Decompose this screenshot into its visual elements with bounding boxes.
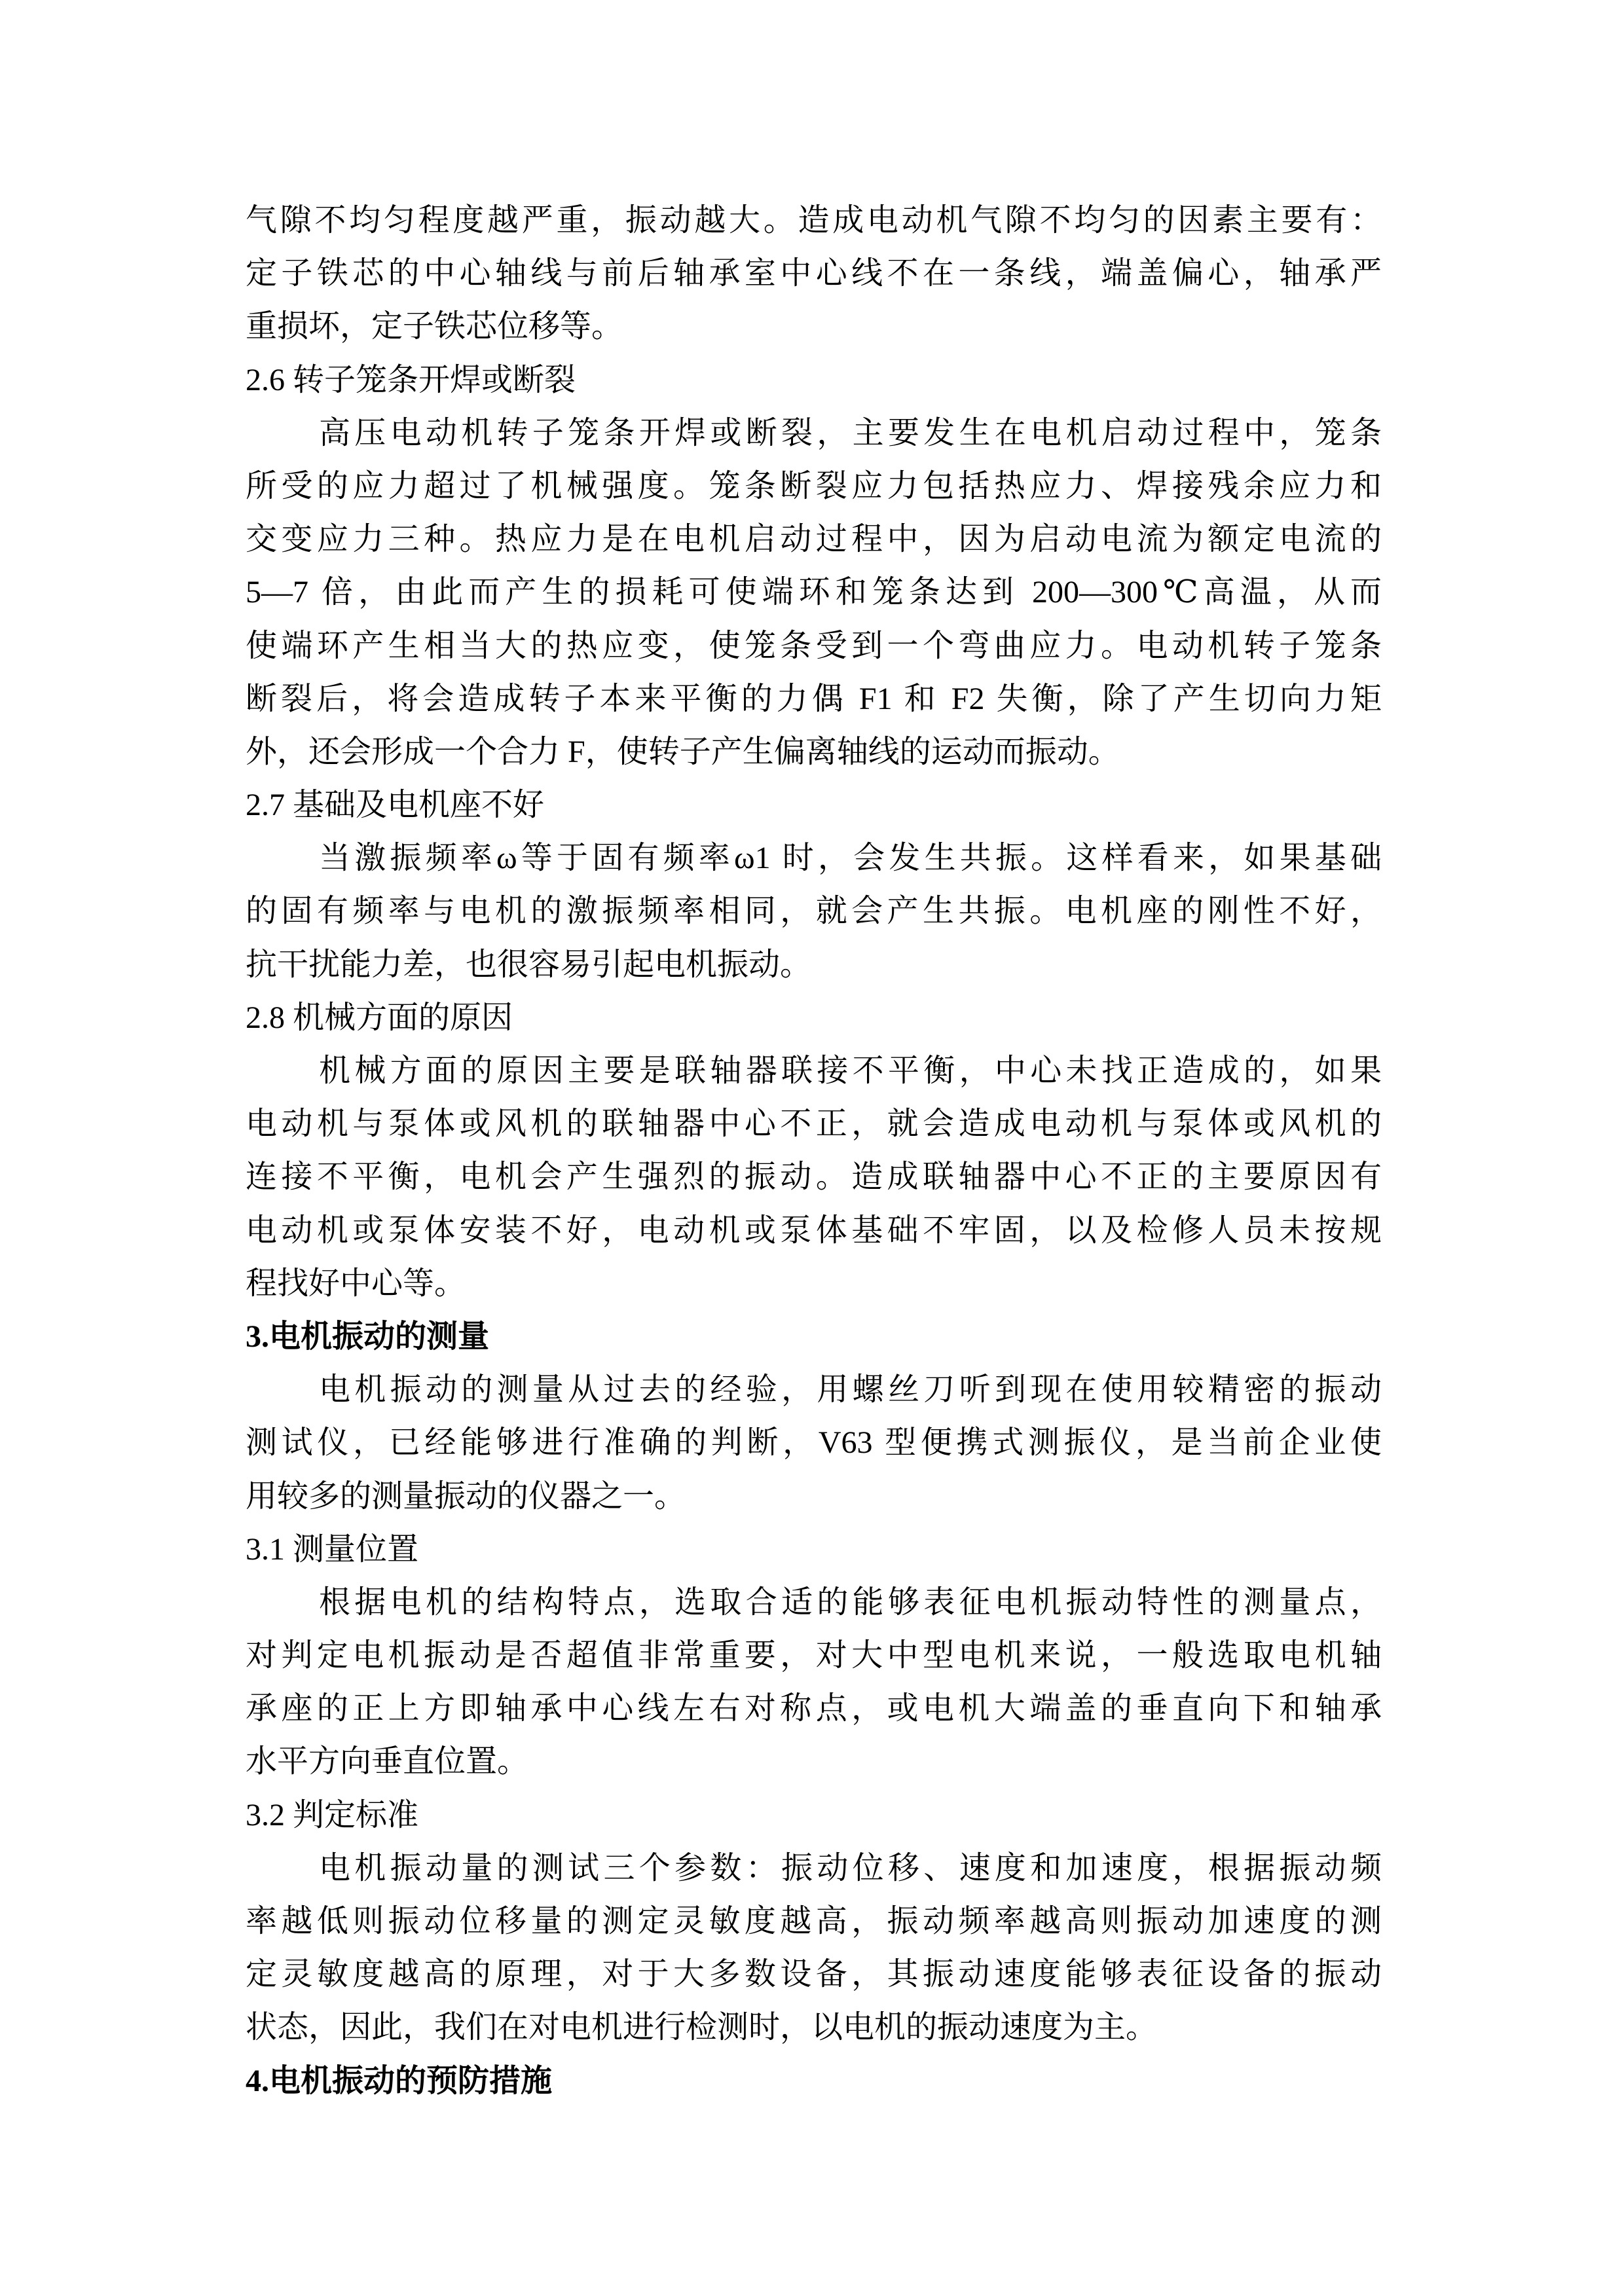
text-line: 连接不平衡，电机会产生强烈的振动。造成联轴器中心不正的主要原因有	[246, 1150, 1382, 1203]
section-heading: 3.2 判定标准	[246, 1789, 1382, 1842]
text-line: 电机振动的测量从过去的经验，用螺丝刀听到现在使用较精密的振动	[246, 1363, 1382, 1416]
text-line: 对判定电机振动是否超值非常重要，对大中型电机来说，一般选取电机轴	[246, 1629, 1382, 1682]
text-line: 所受的应力超过了机械强度。笼条断裂应力包括热应力、焊接残余应力和	[246, 460, 1382, 513]
text-line: 根据电机的结构特点，选取合适的能够表征电机振动特性的测量点，	[246, 1576, 1382, 1629]
text-line: 外，还会形成一个合力 F，使转子产生偏离轴线的运动而振动。	[246, 725, 1382, 778]
text-block: 气隙不均匀程度越严重，振动越大。造成电动机气隙不均匀的因素主要有： 定子铁芯的中…	[246, 194, 1382, 2107]
text-line: 电机振动量的测试三个参数：振动位移、速度和加速度，根据振动频	[246, 1842, 1382, 1895]
text-line: 交变应力三种。热应力是在电机启动过程中，因为启动电流为额定电流的	[246, 513, 1382, 566]
text-line: 定子铁芯的中心轴线与前后轴承室中心线不在一条线，端盖偏心，轴承严	[246, 247, 1382, 300]
text-line: 使端环产生相当大的热应变，使笼条受到一个弯曲应力。电动机转子笼条	[246, 619, 1382, 672]
text-line: 重损坏，定子铁芯位移等。	[246, 300, 1382, 353]
text-line: 率越低则振动位移量的测定灵敏度越高，振动频率越高则振动加速度的测	[246, 1895, 1382, 1948]
section-heading: 2.6 转子笼条开焊或断裂	[246, 354, 1382, 407]
text-line: 气隙不均匀程度越严重，振动越大。造成电动机气隙不均匀的因素主要有：	[246, 194, 1382, 247]
text-line: 定灵敏度越高的原理，对于大多数设备，其振动速度能够表征设备的振动	[246, 1948, 1382, 2001]
text-line: 高压电动机转子笼条开焊或断裂，主要发生在电机启动过程中，笼条	[246, 407, 1382, 460]
section-heading: 3.1 测量位置	[246, 1523, 1382, 1576]
text-line: 当激振频率ω等于固有频率ω1 时，会发生共振。这样看来，如果基础	[246, 831, 1382, 884]
text-line: 断裂后，将会造成转子本来平衡的力偶 F1 和 F2 失衡，除了产生切向力矩	[246, 672, 1382, 725]
text-line: 电动机与泵体或风机的联轴器中心不正，就会造成电动机与泵体或风机的	[246, 1097, 1382, 1150]
text-line: 的固有频率与电机的激振频率相同，就会产生共振。电机座的刚性不好，	[246, 884, 1382, 938]
text-line: 机械方面的原因主要是联轴器联接不平衡，中心未找正造成的，如果	[246, 1044, 1382, 1097]
text-line: 程找好中心等。	[246, 1257, 1382, 1310]
text-line: 承座的正上方即轴承中心线左右对称点，或电机大端盖的垂直向下和轴承	[246, 1682, 1382, 1735]
text-line: 电动机或泵体安装不好，电动机或泵体基础不牢固，以及检修人员未按规	[246, 1204, 1382, 1257]
section-heading: 3.电机振动的测量	[246, 1310, 1382, 1363]
text-line: 状态，因此，我们在对电机进行检测时，以电机的振动速度为主。	[246, 2001, 1382, 2054]
section-heading: 2.8 机械方面的原因	[246, 991, 1382, 1044]
text-line: 5—7 倍，由此而产生的损耗可使端环和笼条达到 200—300℃高温，从而	[246, 566, 1382, 619]
section-heading: 2.7 基础及电机座不好	[246, 778, 1382, 831]
text-line: 用较多的测量振动的仪器之一。	[246, 1470, 1382, 1523]
document-page: 气隙不均匀程度越严重，振动越大。造成电动机气隙不均匀的因素主要有： 定子铁芯的中…	[0, 0, 1624, 2296]
section-heading: 4.电机振动的预防措施	[246, 2054, 1382, 2107]
text-line: 测试仪，已经能够进行准确的判断，V63 型便携式测振仪，是当前企业使	[246, 1416, 1382, 1469]
text-line: 抗干扰能力差，也很容易引起电机振动。	[246, 938, 1382, 991]
text-line: 水平方向垂直位置。	[246, 1735, 1382, 1788]
